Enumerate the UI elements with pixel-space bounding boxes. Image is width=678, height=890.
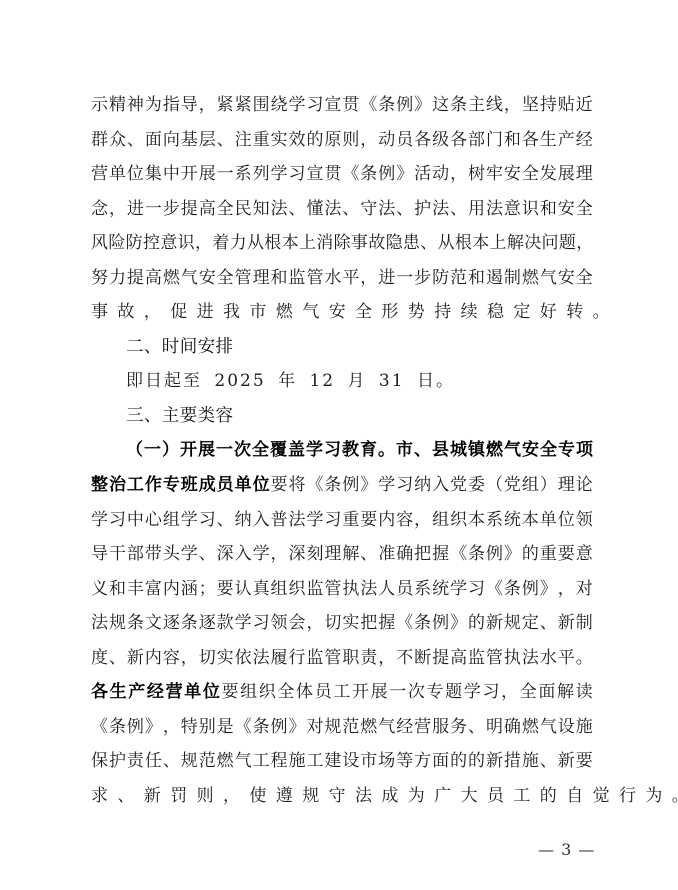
page-number: — 3 — [538, 840, 595, 859]
subsection-heading-study-education: （一）开展一次全覆盖学习教育。市、县城镇燃气安全专项 [91, 433, 593, 468]
paragraph-line: 事故，促进我市燃气安全形势持续稳定好转。 [91, 295, 593, 330]
paragraph-line: 营单位集中开展一系列学习宣贯《条例》活动，树牢安全发展理 [91, 157, 593, 192]
bold-lead-task-force-units: 整治工作专班成员单位 [91, 475, 271, 495]
document-body: 示精神为指导，紧紧围绕学习宣贯《条例》这条主线，坚持贴近 群众、面向基层、注重实… [91, 88, 593, 813]
paragraph-line: 求、新罚则，使遵规守法成为广大员工的自觉行为。 [91, 779, 593, 814]
paragraph-line: 努力提高燃气安全管理和监管水平，进一步防范和遏制燃气安全 [91, 261, 593, 296]
paragraph-line: 示精神为指导，紧紧围绕学习宣贯《条例》这条主线，坚持贴近 [91, 88, 593, 123]
paragraph-line: 群众、面向基层、注重实效的原则，动员各级各部门和各生产经 [91, 123, 593, 158]
section-heading-schedule: 二、时间安排 [91, 330, 593, 365]
section-heading-main-content: 三、主要类容 [91, 399, 593, 434]
paragraph-line: 整治工作专班成员单位要将《条例》学习纳入党委（党组）理论 [91, 468, 593, 503]
paragraph-line: 风险防控意识，着力从根本上消除事故隐患、从根本上解决问题， [91, 226, 593, 261]
paragraph-line: 义和丰富内涵；要认真组织监管执法人员系统学习《条例》，对 [91, 572, 593, 607]
paragraph-line: 念，进一步提高全民知法、懂法、守法、护法、用法意识和安全 [91, 192, 593, 227]
paragraph-line: 保护责任、规范燃气工程施工建设市场等方面的的新措施、新要 [91, 744, 593, 779]
paragraph-line: 导干部带头学、深入学，深刻理解、准确把握《条例》的重要意 [91, 537, 593, 572]
paragraph-text: 要将《条例》学习纳入党委（党组）理论 [271, 475, 593, 495]
bold-lead-production-units: 各生产经营单位 [91, 682, 221, 702]
paragraph-text: 要组织全体员工开展一次专题学习，全面解读 [221, 682, 592, 702]
paragraph-line: 度、新内容，切实依法履行监管职责，不断提高监管执法水平。 [91, 641, 593, 676]
document-page: 示精神为指导，紧紧围绕学习宣贯《条例》这条主线，坚持贴近 群众、面向基层、注重实… [0, 0, 678, 890]
paragraph-line: 《条例》，特别是《条例》对规范燃气经营服务、明确燃气设施 [91, 710, 593, 745]
paragraph-line: 法规条文逐条逐款学习领会，切实把握《条例》的新规定、新制 [91, 606, 593, 641]
paragraph-line: 各生产经营单位要组织全体员工开展一次专题学习，全面解读 [91, 675, 593, 710]
schedule-text: 即日起至 2025 年 12 月 31 日。 [91, 364, 593, 399]
paragraph-line: 学习中心组学习、纳入普法学习重要内容，组织本系统本单位领 [91, 503, 593, 538]
